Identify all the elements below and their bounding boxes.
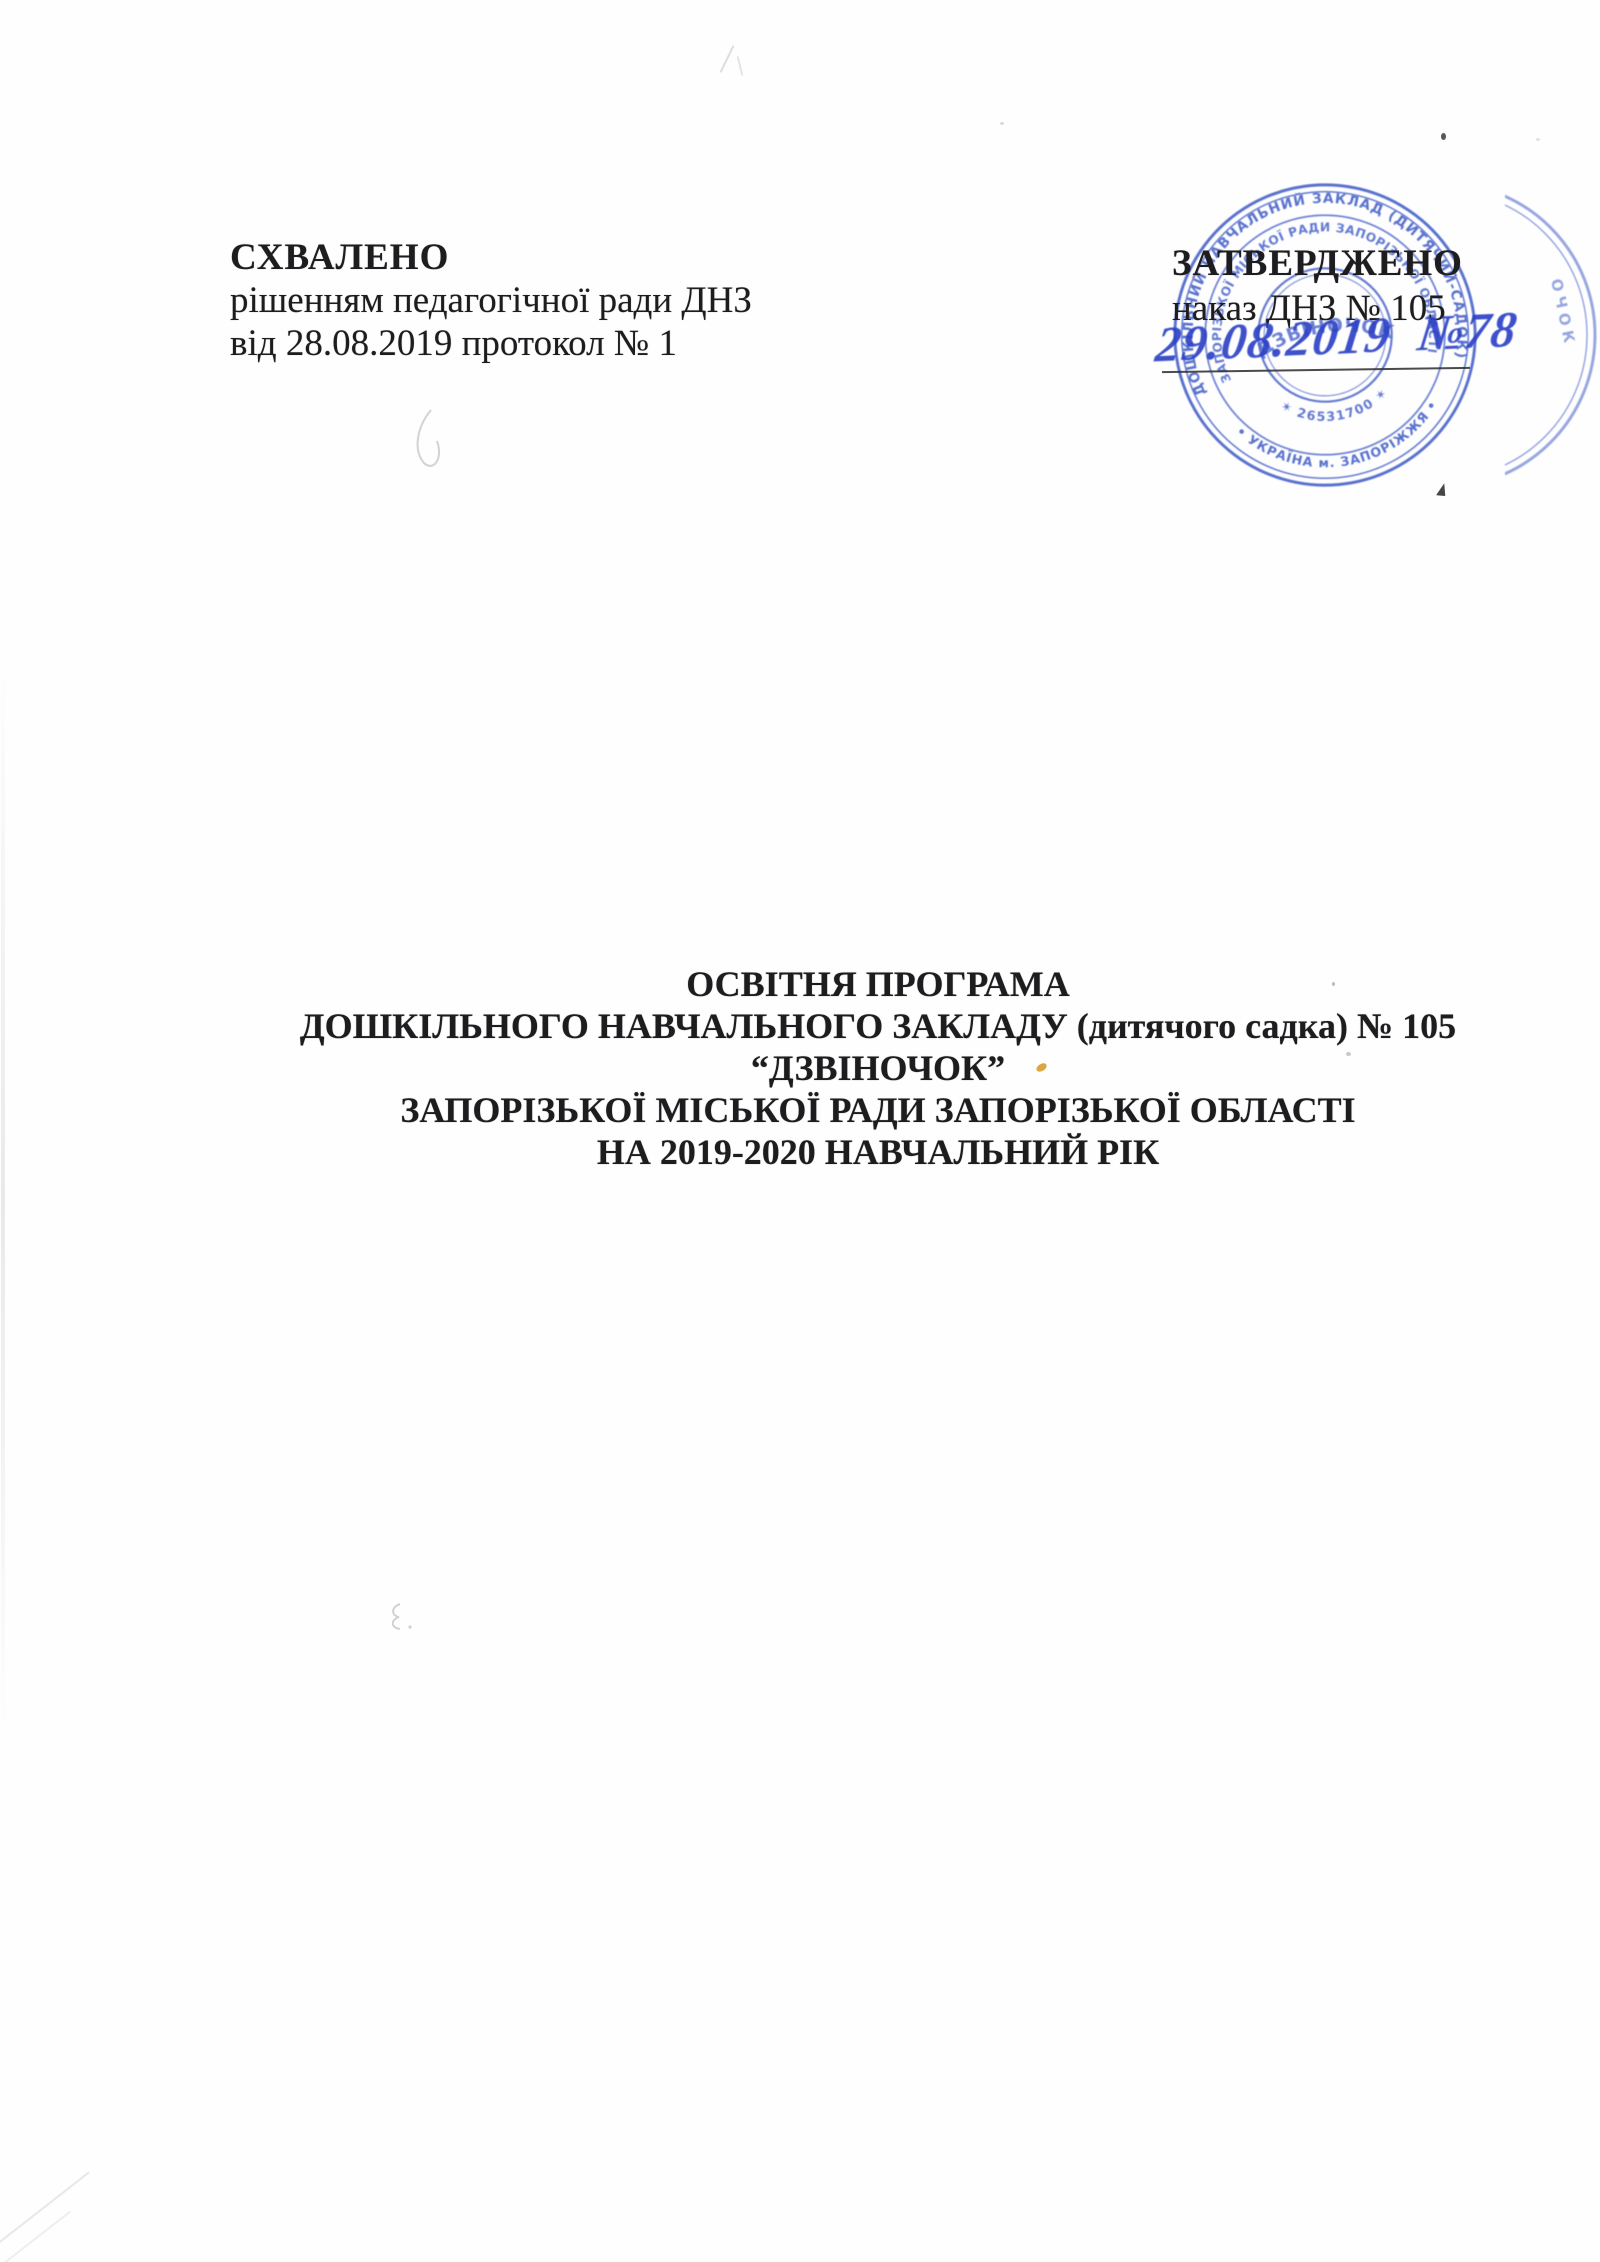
stamp-ghost-impression-icon: ОЧОК — [1505, 180, 1600, 510]
scan-speck — [1332, 982, 1335, 986]
approval-left-line1: рішенням педагогічної ради ДНЗ — [230, 279, 752, 322]
svg-text:✶ 26531700 ✶: ✶ 26531700 ✶ — [1276, 384, 1394, 432]
approval-left-title: СХВАЛЕНО — [230, 236, 752, 279]
document-title-block: ОСВІТНЯ ПРОГРАМА ДОШКІЛЬНОГО НАВЧАЛЬНОГО… — [180, 963, 1576, 1173]
pencil-mark — [404, 404, 454, 476]
document-page: СХВАЛЕНО рішенням педагогічної ради ДНЗ … — [0, 0, 1600, 2262]
stamp-code-text: ✶ 26531700 ✶ — [1276, 384, 1394, 432]
title-line5: НА 2019-2020 НАВЧАЛЬНИЙ РІК — [180, 1131, 1576, 1173]
pencil-mark — [382, 1596, 422, 1636]
scan-speck — [1436, 482, 1449, 498]
title-line2: ДОШКІЛЬНОГО НАВЧАЛЬНОГО ЗАКЛАДУ (дитячог… — [180, 1005, 1576, 1047]
scan-streak — [0, 2211, 71, 2262]
scan-streak — [0, 2171, 90, 2246]
approval-left-line2: від 28.08.2019 протокол № 1 — [230, 322, 752, 365]
scan-edge-line — [1, 660, 5, 1740]
scan-speck — [1000, 122, 1004, 125]
scan-speck — [1441, 133, 1446, 140]
approval-left-block: СХВАЛЕНО рішенням педагогічної ради ДНЗ … — [230, 236, 752, 365]
pencil-mark — [720, 45, 735, 73]
approval-right-title: ЗАТВЕРДЖЕНО — [1172, 241, 1463, 286]
pencil-mark — [737, 56, 744, 76]
stamp-ghost-letters: ОЧОК — [1547, 277, 1579, 349]
title-line4: ЗАПОРІЗЬКОЇ МІСЬКОЇ РАДИ ЗАПОРІЗЬКОЇ ОБЛ… — [180, 1089, 1576, 1131]
title-line1: ОСВІТНЯ ПРОГРАМА — [180, 963, 1576, 1005]
title-line3: “ДЗВІНОЧОК” — [180, 1047, 1576, 1089]
scan-speck — [1536, 138, 1540, 141]
scan-speck — [1346, 1052, 1351, 1056]
